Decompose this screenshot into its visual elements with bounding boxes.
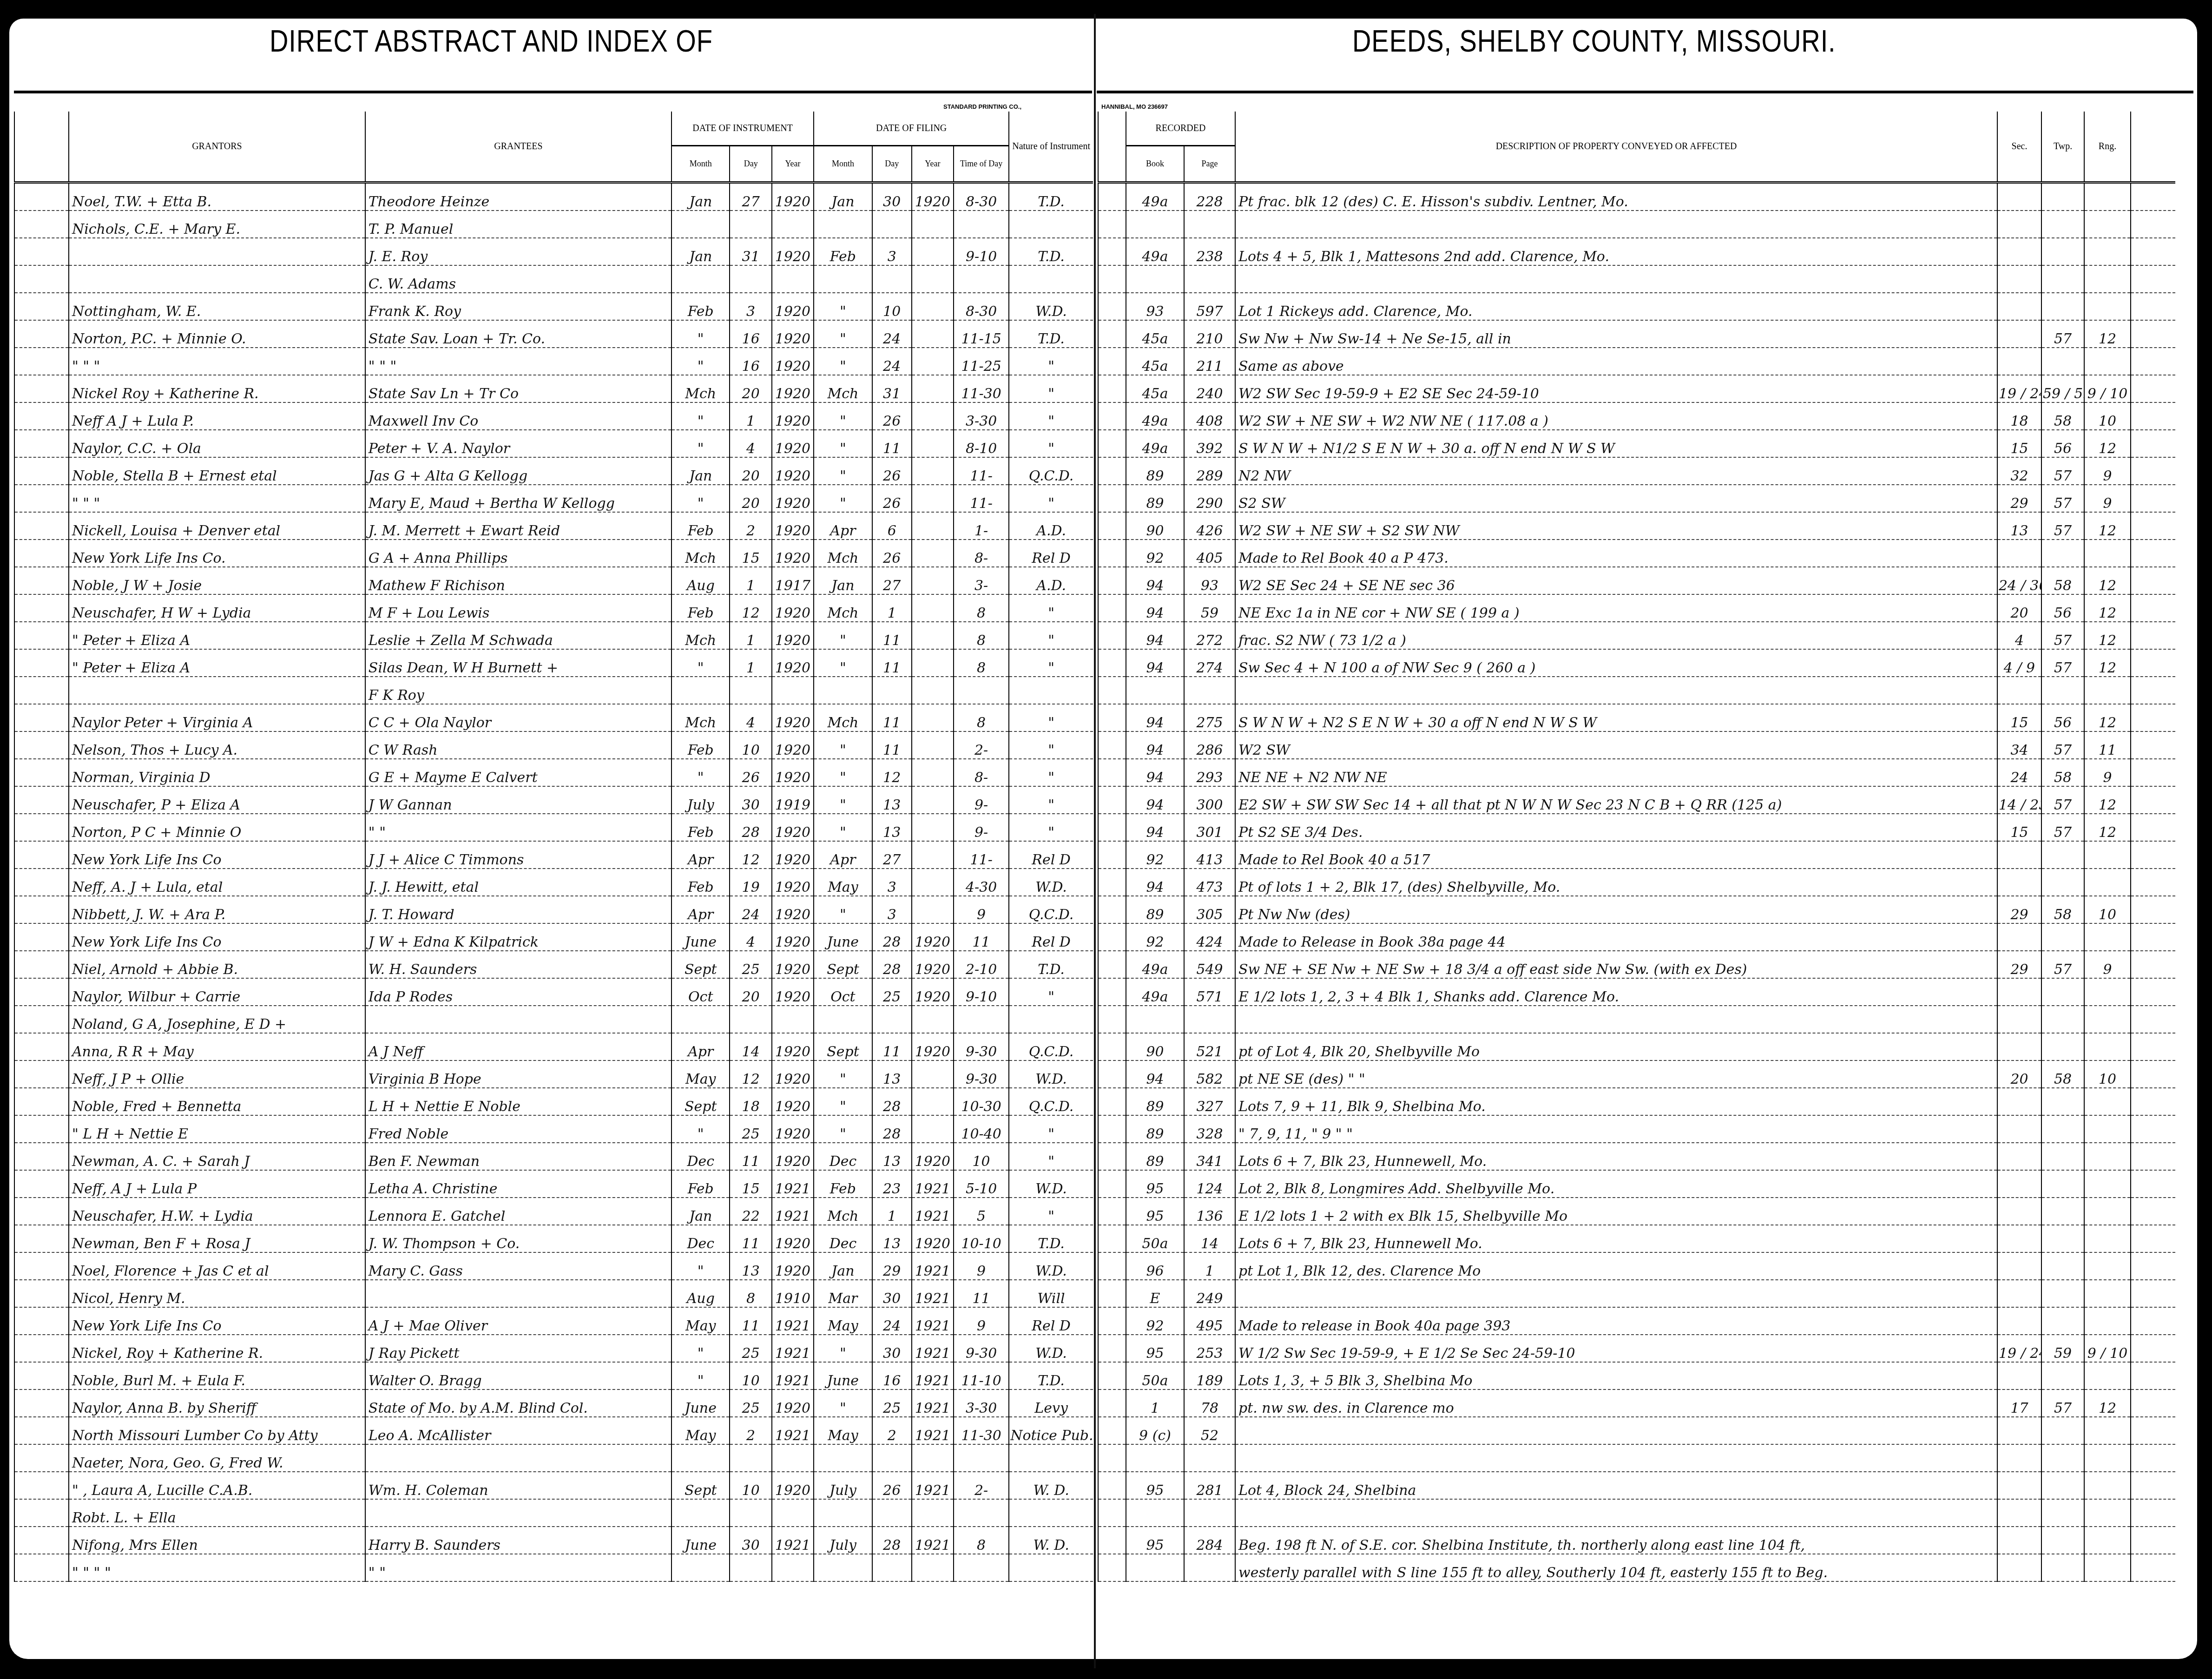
instrument-day-cell: [730, 1444, 771, 1472]
instrument-month-cell: Apr: [671, 841, 730, 869]
right-edge-cell: [2131, 951, 2175, 978]
instrument-year-cell: 1920: [772, 951, 814, 978]
book-cell: [1126, 677, 1184, 704]
sec-cell: [1997, 1088, 2041, 1115]
instrument-day-cell: 24: [730, 896, 771, 923]
filing-time-cell: 11-: [954, 457, 1009, 485]
sec-cell: 14 / 23: [1997, 786, 2041, 814]
right-edge-cell: [2131, 485, 2175, 512]
instrument-month-cell: ": [671, 320, 730, 348]
page-cell: 549: [1184, 951, 1235, 978]
filing-day-cell: 12: [872, 759, 912, 786]
grantors-header: GRANTORS: [69, 112, 365, 183]
filing-time-cell: 11-: [954, 485, 1009, 512]
twp-cell: 57: [2041, 1389, 2084, 1417]
book-cell: 95: [1126, 1335, 1184, 1362]
nature-cell: T.D.: [1009, 1362, 1093, 1389]
twp-cell: [2041, 841, 2084, 869]
margin-cell: [14, 1252, 69, 1280]
ledger-row: Noel, T.W. + Etta B.Theodore HeinzeJan27…: [14, 183, 1093, 211]
description-cell: [1235, 265, 1997, 293]
filing-time-cell: [954, 1499, 1009, 1527]
nature-cell: ": [1009, 485, 1093, 512]
grantor-cell: Noble, Stella B + Ernest etal: [69, 457, 365, 485]
instrument-month-cell: Mch: [671, 375, 730, 402]
twp-cell: [2041, 923, 2084, 951]
page-title-right: DEEDS, SHELBY COUNTY, MISSOURI.: [1352, 23, 1836, 59]
book-cell: 89: [1126, 1115, 1184, 1143]
margin-cell: [14, 677, 69, 704]
rng-cell: [2084, 1280, 2131, 1307]
description-cell: Beg. 198 ft N. of S.E. cor. Shelbina Ins…: [1235, 1527, 1997, 1554]
right-edge-cell: [2131, 594, 2175, 622]
right-edge-cell: [2131, 923, 2175, 951]
twp-cell: 58: [2041, 567, 2084, 594]
grantor-cell: " Peter + Eliza A: [69, 622, 365, 649]
page-title-left: DIRECT ABSTRACT AND INDEX OF: [270, 23, 713, 59]
nature-cell: ": [1009, 759, 1093, 786]
grantor-cell: Noel, T.W. + Etta B.: [69, 183, 365, 211]
description-cell: westerly parallel with S line 155 ft to …: [1235, 1554, 1997, 1581]
ledger-row: New York Life Ins Co.G A + Anna Phillips…: [14, 540, 1093, 567]
page-cell: [1184, 265, 1235, 293]
instrument-year-cell: 1920: [772, 1088, 814, 1115]
instrument-day-cell: 1: [730, 567, 771, 594]
rng-cell: 12: [2084, 320, 2131, 348]
ledger-row: Noble, J W + JosieMathew F RichisonAug11…: [14, 567, 1093, 594]
nature-cell: Q.C.D.: [1009, 1033, 1093, 1060]
instrument-month-cell: Sept: [671, 1472, 730, 1499]
filing-day-cell: 23: [872, 1170, 912, 1198]
instrument-year-cell: 1921: [772, 1527, 814, 1554]
instrument-year-cell: 1920: [772, 540, 814, 567]
ledger-row: Neff A J + Lula P.Maxwell Inv Co"11920"2…: [14, 402, 1093, 430]
filing-month-cell: ": [814, 348, 872, 375]
ledger-row: 95253W 1/2 Sw Sec 19-59-9, + E 1/2 Se Se…: [1098, 1335, 2175, 1362]
instrument-year-cell: 1921: [772, 1307, 814, 1335]
ledger-row: New York Life Ins CoJ W + Edna K Kilpatr…: [14, 923, 1093, 951]
ledger-row: Neff, A J + Lula PLetha A. ChristineFeb1…: [14, 1170, 1093, 1198]
filing-year-cell: 1920: [912, 951, 954, 978]
twp-cell: [2041, 1444, 2084, 1472]
sec-header: Sec.: [1997, 112, 2041, 183]
filing-day-cell: [872, 265, 912, 293]
twp-cell: 58: [2041, 896, 2084, 923]
nature-cell: T.D.: [1009, 320, 1093, 348]
grantee-cell: Leo A. McAllister: [365, 1417, 671, 1444]
grantee-cell: W. H. Saunders: [365, 951, 671, 978]
book-cell: 94: [1126, 814, 1184, 841]
right-margin-cell: [1098, 1198, 1126, 1225]
filing-month-cell: Apr: [814, 841, 872, 869]
description-cell: pt NE SE (des) " ": [1235, 1060, 1997, 1088]
instrument-day-cell: 8: [730, 1280, 771, 1307]
margin-cell: [14, 1554, 69, 1581]
ledger-row: 93597Lot 1 Rickeys add. Clarence, Mo.: [1098, 293, 2175, 320]
rng-cell: 9: [2084, 951, 2131, 978]
right-margin-cell: [1098, 677, 1126, 704]
ledger-row: New York Life Ins CoJ J + Alice C Timmon…: [14, 841, 1093, 869]
filing-day-cell: 11: [872, 1033, 912, 1060]
margin-cell: [14, 183, 69, 211]
instrument-day-cell: 30: [730, 786, 771, 814]
book-cell: 90: [1126, 1033, 1184, 1060]
margin-cell: [14, 320, 69, 348]
grantee-cell: [365, 1444, 671, 1472]
rng-cell: [2084, 1143, 2131, 1170]
filing-year-cell: 1921: [912, 1252, 954, 1280]
nature-cell: W.D.: [1009, 293, 1093, 320]
grantee-cell: Wm. H. Coleman: [365, 1472, 671, 1499]
description-cell: N2 NW: [1235, 457, 1997, 485]
filing-day-cell: [872, 1444, 912, 1472]
ledger-row: [1098, 1006, 2175, 1033]
instrument-month-cell: ": [671, 649, 730, 677]
margin-cell: [14, 1225, 69, 1252]
sec-cell: 29: [1997, 951, 2041, 978]
right-margin-cell: [1098, 567, 1126, 594]
instrument-month-cell: ": [671, 485, 730, 512]
filing-year-cell: [912, 293, 954, 320]
margin-cell: [14, 978, 69, 1006]
ledger-row: " Peter + Eliza ALeslie + Zella M Schwad…: [14, 622, 1093, 649]
sec-cell: 24 / 36: [1997, 567, 2041, 594]
grantee-cell: [365, 1499, 671, 1527]
right-edge-cell: [2131, 704, 2175, 731]
right-margin-cell: [1098, 183, 1126, 211]
right-margin-cell: [1098, 1417, 1126, 1444]
instrument-month-cell: Jan: [671, 183, 730, 211]
grantee-cell: G A + Anna Phillips: [365, 540, 671, 567]
rng-cell: [2084, 211, 2131, 238]
instrument-month-cell: [671, 265, 730, 293]
ledger-row: Niel, Arnold + Abbie B.W. H. SaundersSep…: [14, 951, 1093, 978]
instrument-day-cell: 11: [730, 1307, 771, 1335]
ledger-row: Nickell, Louisa + Denver etalJ. M. Merre…: [14, 512, 1093, 540]
grantor-cell: Norton, P C + Minnie O: [69, 814, 365, 841]
page-cell: 413: [1184, 841, 1235, 869]
page-cell: 521: [1184, 1033, 1235, 1060]
twp-cell: 57: [2041, 485, 2084, 512]
filing-year-cell: [912, 869, 954, 896]
sec-cell: 19 / 24: [1997, 375, 2041, 402]
right-edge-cell: [2131, 1088, 2175, 1115]
page-cell: 392: [1184, 430, 1235, 457]
filing-year-cell: 1921: [912, 1472, 954, 1499]
filing-year-cell: 1920: [912, 1143, 954, 1170]
sec-cell: [1997, 978, 2041, 1006]
right-margin-cell: [1098, 1225, 1126, 1252]
description-cell: Lots 1, 3, + 5 Blk 3, Shelbina Mo: [1235, 1362, 1997, 1389]
instrument-year-cell: 1920: [772, 869, 814, 896]
rng-cell: [2084, 1527, 2131, 1554]
ledger-row: Norton, P.C. + Minnie O.State Sav. Loan …: [14, 320, 1093, 348]
book-cell: 92: [1126, 1307, 1184, 1335]
instrument-year-cell: [772, 211, 814, 238]
rng-cell: 12: [2084, 704, 2131, 731]
right-edge-cell: [2131, 348, 2175, 375]
right-edge-cell: [2131, 540, 2175, 567]
nature-cell: Levy: [1009, 1389, 1093, 1417]
instrument-day-cell: [730, 265, 771, 293]
grantee-cell: J. J. Hewitt, etal: [365, 869, 671, 896]
ledger-row: 45a211Same as above: [1098, 348, 2175, 375]
margin-cell: [14, 1527, 69, 1554]
twp-cell: [2041, 978, 2084, 1006]
instrument-day-cell: 12: [730, 841, 771, 869]
instrument-day-cell: 12: [730, 594, 771, 622]
grantee-cell: Mary C. Gass: [365, 1252, 671, 1280]
rng-cell: [2084, 1088, 2131, 1115]
right-edge-cell: [2131, 1444, 2175, 1472]
instrument-month-cell: [671, 1499, 730, 1527]
filing-day-cell: 10: [872, 293, 912, 320]
ledger-row: 45a240W2 SW Sec 19-59-9 + E2 SE Sec 24-5…: [1098, 375, 2175, 402]
page-cell: 597: [1184, 293, 1235, 320]
filing-day-cell: 26: [872, 1472, 912, 1499]
filing-month-cell: June: [814, 1362, 872, 1389]
filing-year-cell: [912, 841, 954, 869]
margin-cell: [14, 1060, 69, 1088]
margin-cell: [14, 567, 69, 594]
right-margin-cell: [1098, 540, 1126, 567]
right-edge-cell: [2131, 1499, 2175, 1527]
page-cell: [1184, 1444, 1235, 1472]
filing-time-cell: 11: [954, 923, 1009, 951]
instrument-day-cell: 16: [730, 348, 771, 375]
grantee-cell: J Ray Pickett: [365, 1335, 671, 1362]
ledger-row: 9459NE Exc 1a in NE cor + NW SE ( 199 a …: [1098, 594, 2175, 622]
nature-cell: ": [1009, 649, 1093, 677]
twp-cell: [2041, 348, 2084, 375]
filing-day-cell: [872, 677, 912, 704]
right-edge-cell: [2131, 1307, 2175, 1335]
twp-cell: [2041, 1198, 2084, 1225]
page-cell: 290: [1184, 485, 1235, 512]
grantor-cell: " Peter + Eliza A: [69, 649, 365, 677]
filing-day-cell: 24: [872, 348, 912, 375]
book-cell: 95: [1126, 1472, 1184, 1499]
sec-cell: [1997, 293, 2041, 320]
margin-cell: [14, 1088, 69, 1115]
nature-cell: W.D.: [1009, 1252, 1093, 1280]
right-margin-cell: [1098, 1252, 1126, 1280]
ledger-row: 9 (c)52: [1098, 1417, 2175, 1444]
grantee-cell: " ": [365, 1554, 671, 1581]
grantee-cell: F K Roy: [365, 677, 671, 704]
description-cell: pt Lot 1, Blk 12, des. Clarence Mo: [1235, 1252, 1997, 1280]
margin-cell: [14, 1362, 69, 1389]
instrument-year-cell: 1920: [772, 485, 814, 512]
grantor-cell: Neuschafer, H.W. + Lydia: [69, 1198, 365, 1225]
grantor-cell: Naylor Peter + Virginia A: [69, 704, 365, 731]
instrument-month-cell: [671, 1006, 730, 1033]
filing-time-cell: 9-10: [954, 978, 1009, 1006]
twp-cell: [2041, 677, 2084, 704]
description-cell: Sw Sec 4 + N 100 a of NW Sec 9 ( 260 a ): [1235, 649, 1997, 677]
right-edge-cell: [2131, 1115, 2175, 1143]
filing-time-cell: 2-10: [954, 951, 1009, 978]
instrument-month-cell: ": [671, 1115, 730, 1143]
instrument-year-cell: 1920: [772, 348, 814, 375]
filing-year-cell: [912, 594, 954, 622]
margin-cell: [14, 594, 69, 622]
filing-day-cell: [872, 1006, 912, 1033]
grantor-cell: Noel, Florence + Jas C et al: [69, 1252, 365, 1280]
rng-cell: [2084, 1198, 2131, 1225]
grantees-header: GRANTEES: [365, 112, 671, 183]
filing-year-cell: [912, 320, 954, 348]
description-cell: Lot 1 Rickeys add. Clarence, Mo.: [1235, 293, 1997, 320]
twp-cell: [2041, 869, 2084, 896]
sec-cell: [1997, 1170, 2041, 1198]
filing-year-cell: [912, 814, 954, 841]
nature-cell: [1009, 677, 1093, 704]
filing-month-cell: ": [814, 814, 872, 841]
filing-month-cell: [814, 1554, 872, 1581]
filing-year-cell: [912, 265, 954, 293]
sec-cell: 15: [1997, 430, 2041, 457]
right-margin-cell: [1098, 1554, 1126, 1581]
margin-cell: [14, 485, 69, 512]
grantee-cell: Jas G + Alta G Kellogg: [365, 457, 671, 485]
description-cell: Made to Release in Book 38a page 44: [1235, 923, 1997, 951]
description-cell: Sw NE + SE Nw + NE Sw + 18 3/4 a off eas…: [1235, 951, 1997, 978]
sec-cell: [1997, 348, 2041, 375]
filing-time-cell: 9: [954, 1252, 1009, 1280]
nature-cell: ": [1009, 430, 1093, 457]
filing-year-cell: [912, 238, 954, 265]
grantor-cell: Neff A J + Lula P.: [69, 402, 365, 430]
grantee-cell: T. P. Manuel: [365, 211, 671, 238]
instrument-day-cell: 27: [730, 183, 771, 211]
instrument-day-cell: 20: [730, 375, 771, 402]
filing-time-cell: 10-40: [954, 1115, 1009, 1143]
page-cell: 210: [1184, 320, 1235, 348]
grantee-cell: J. W. Thompson + Co.: [365, 1225, 671, 1252]
instrument-day-cell: 11: [730, 1143, 771, 1170]
right-edge-cell: [2131, 1472, 2175, 1499]
ledger-row: Naeter, Nora, Geo. G, Fred W.: [14, 1444, 1093, 1472]
ledger-row: 92424Made to Release in Book 38a page 44: [1098, 923, 2175, 951]
twp-cell: 58: [2041, 402, 2084, 430]
filing-time-cell: [954, 1006, 1009, 1033]
ledger-row: " , Laura A, Lucille C.A.B.Wm. H. Colema…: [14, 1472, 1093, 1499]
grantee-cell: J J + Alice C Timmons: [365, 841, 671, 869]
filing-year-cell: 1921: [912, 1198, 954, 1225]
twp-cell: [2041, 1307, 2084, 1335]
filing-month-cell: [814, 265, 872, 293]
nature-cell: A.D.: [1009, 567, 1093, 594]
nature-cell: [1009, 265, 1093, 293]
nature-cell: ": [1009, 1198, 1093, 1225]
instrument-year-cell: 1920: [772, 402, 814, 430]
instrument-day-cell: 22: [730, 1198, 771, 1225]
ledger-row: [1098, 1444, 2175, 1472]
sec-cell: [1997, 540, 2041, 567]
filing-day-cell: 11: [872, 622, 912, 649]
filing-year-cell: [912, 759, 954, 786]
twp-cell: [2041, 1252, 2084, 1280]
right-edge-cell: [2131, 731, 2175, 759]
grantee-cell: C C + Ola Naylor: [365, 704, 671, 731]
ledger-row: 92405Made to Rel Book 40 a P 473.: [1098, 540, 2175, 567]
margin-cell: [14, 841, 69, 869]
instrument-day-cell: 4: [730, 430, 771, 457]
sec-cell: [1997, 1527, 2041, 1554]
ledger-row: 50a14Lots 6 + 7, Blk 23, Hunnewell Mo.: [1098, 1225, 2175, 1252]
filing-month-cell: July: [814, 1472, 872, 1499]
instrument-day-cell: 19: [730, 869, 771, 896]
ledger-table-left: GRANTORS GRANTEES DATE OF INSTRUMENT DAT…: [14, 112, 1093, 1582]
date-of-instrument-header: DATE OF INSTRUMENT: [671, 112, 814, 146]
margin-cell: [14, 951, 69, 978]
ledger-row: Robt. L. + Ella: [14, 1499, 1093, 1527]
twp-cell: [2041, 1362, 2084, 1389]
grantor-cell: " L H + Nettie E: [69, 1115, 365, 1143]
ledger-row: 89289N2 NW32579: [1098, 457, 2175, 485]
rng-cell: 9 / 10: [2084, 1335, 2131, 1362]
instrument-year-cell: 1920: [772, 896, 814, 923]
twp-cell: 56: [2041, 430, 2084, 457]
grantee-cell: State Sav. Loan + Tr. Co.: [365, 320, 671, 348]
filing-time-cell: 9: [954, 896, 1009, 923]
filing-year-cell: [912, 375, 954, 402]
book-cell: 94: [1126, 594, 1184, 622]
right-edge-cell: [2131, 1225, 2175, 1252]
filing-month-cell: ": [814, 731, 872, 759]
right-edge-cell: [2131, 1527, 2175, 1554]
instrument-year-cell: 1920: [772, 1389, 814, 1417]
filing-day-cell: 29: [872, 1252, 912, 1280]
page-cell: 327: [1184, 1088, 1235, 1115]
instrument-year-cell: 1920: [772, 923, 814, 951]
filing-time-cell: [954, 1444, 1009, 1472]
twp-cell: [2041, 265, 2084, 293]
filing-year-cell: 1921: [912, 1307, 954, 1335]
filing-time-cell: 8: [954, 594, 1009, 622]
page-cell: 284: [1184, 1527, 1235, 1554]
grantee-cell: J W + Edna K Kilpatrick: [365, 923, 671, 951]
grantee-cell: Virginia B Hope: [365, 1060, 671, 1088]
page-cell: 408: [1184, 402, 1235, 430]
margin-cell: [14, 1472, 69, 1499]
instrument-month-cell: ": [671, 1252, 730, 1280]
margin-cell: [14, 1198, 69, 1225]
right-edge-cell: [2131, 211, 2175, 238]
grantee-cell: Leslie + Zella M Schwada: [365, 622, 671, 649]
right-edge-cell: [2131, 622, 2175, 649]
page-cell: 301: [1184, 814, 1235, 841]
grantor-cell: Nottingham, W. E.: [69, 293, 365, 320]
instrument-year-cell: 1920: [772, 183, 814, 211]
page-cell: 93: [1184, 567, 1235, 594]
filing-year-cell: [912, 402, 954, 430]
instrument-month-cell: Jan: [671, 457, 730, 485]
filing-day-cell: 27: [872, 567, 912, 594]
grantor-cell: Robt. L. + Ella: [69, 1499, 365, 1527]
ledger-row: westerly parallel with S line 155 ft to …: [1098, 1554, 2175, 1581]
rng-cell: 10: [2084, 1060, 2131, 1088]
filing-year-cell: 1920: [912, 1033, 954, 1060]
instrument-day-cell: 1: [730, 649, 771, 677]
sec-cell: [1997, 923, 2041, 951]
nature-cell: ": [1009, 1143, 1093, 1170]
description-cell: Pt frac. blk 12 (des) C. E. Hisson's sub…: [1235, 183, 1997, 211]
description-cell: Lots 7, 9 + 11, Blk 9, Shelbina Mo.: [1235, 1088, 1997, 1115]
margin-cell: [14, 759, 69, 786]
twp-cell: 57: [2041, 320, 2084, 348]
